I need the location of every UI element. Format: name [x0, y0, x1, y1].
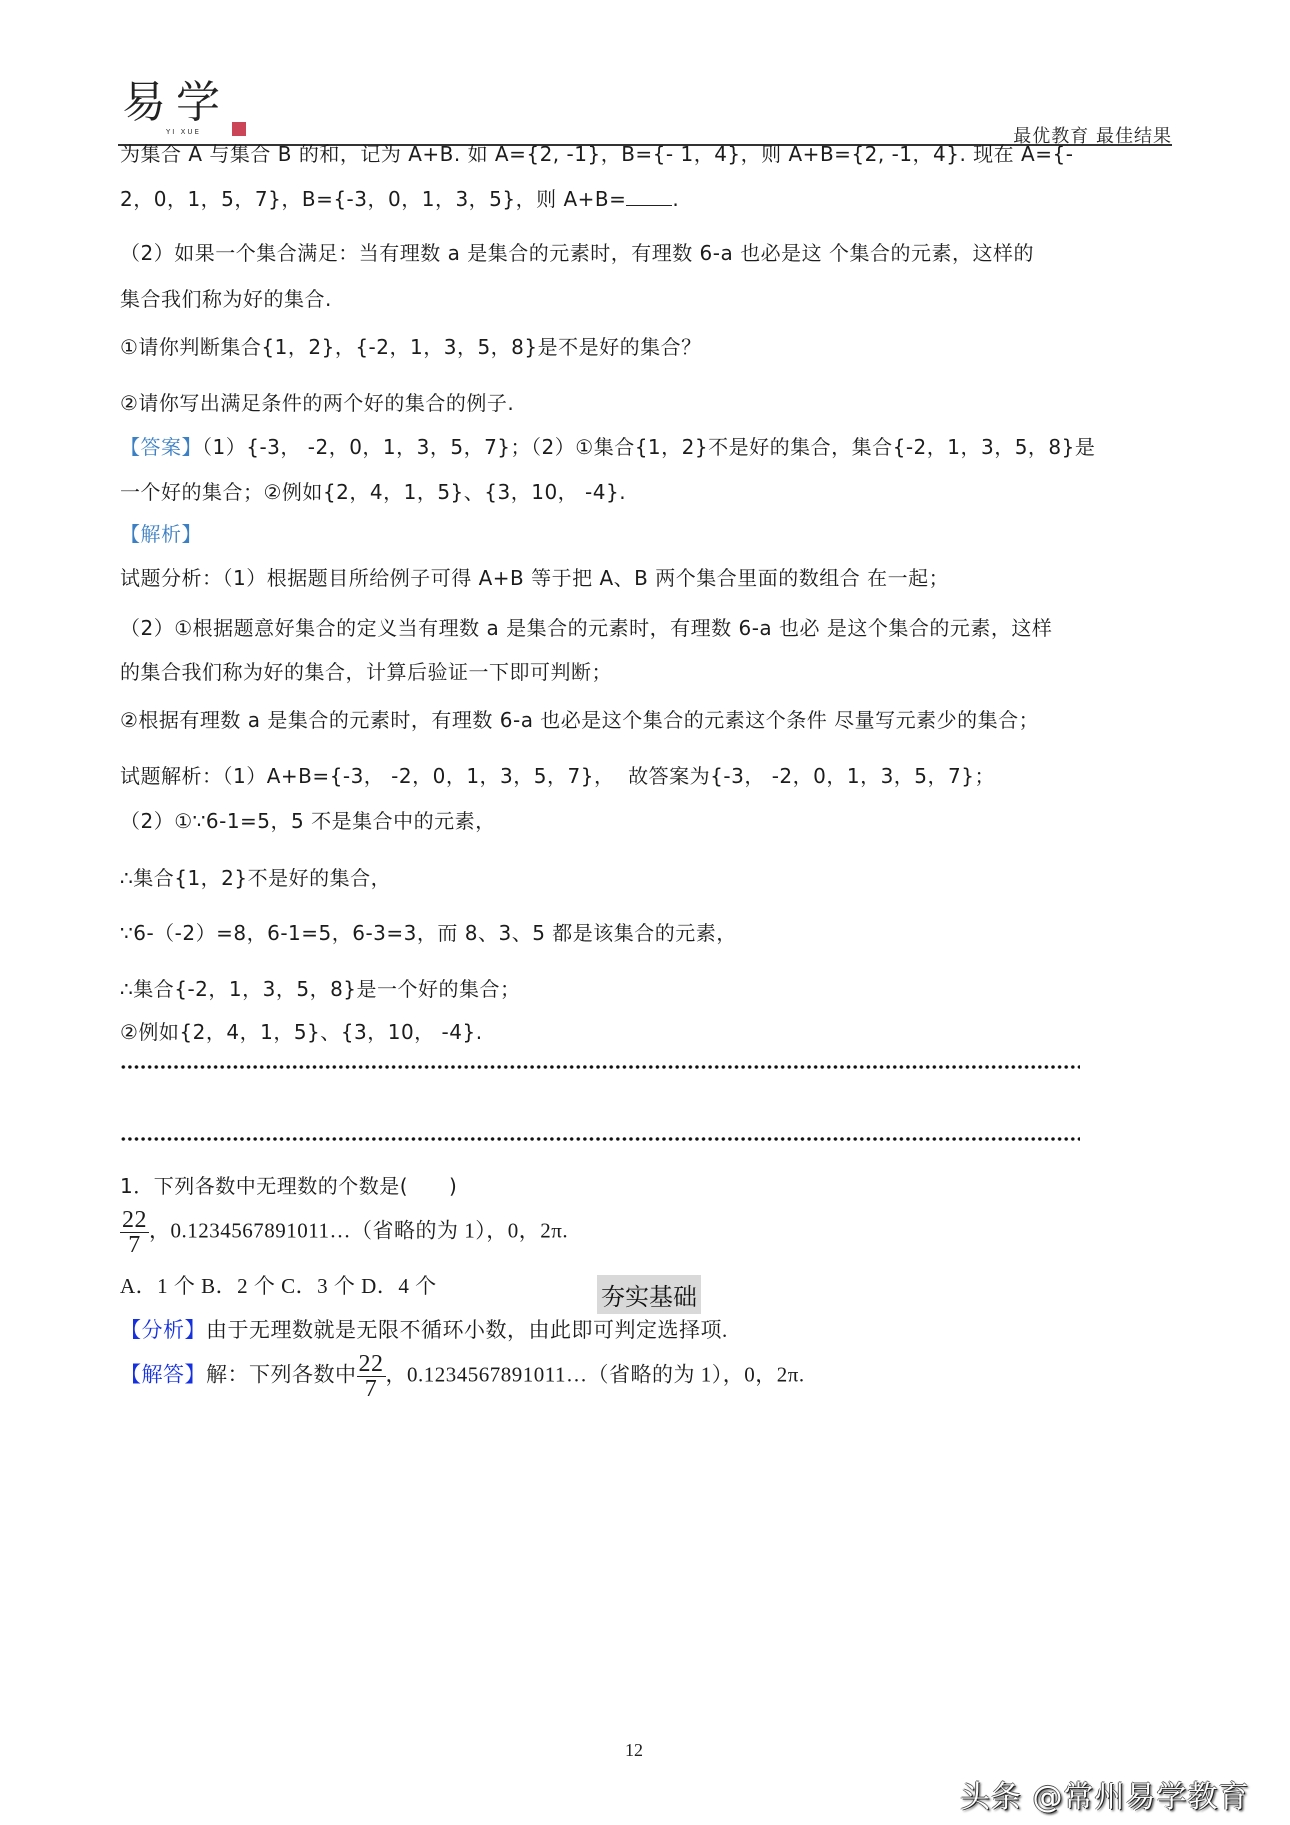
exercise-solution: 【解答】解：下列各数中227，0.1234567891011…（省略的为 1），… [120, 1352, 805, 1401]
answer-blank [626, 187, 672, 206]
solution-text: ，0.1234567891011…（省略的为 1），0，2π. [386, 1362, 805, 1386]
numbers-text: ，0.1234567891011…（省略的为 1），0，2π. [149, 1218, 568, 1242]
problem-question-2: ②请你写出满足条件的两个好的集合的例子. [120, 387, 514, 416]
exercise-analysis: 【分析】由于无理数就是无限不循环小数，由此即可判定选择项. [120, 1314, 728, 1344]
period: . [672, 187, 679, 211]
logo-text: 易学 [122, 80, 230, 126]
logo: 易学 YI XUE [122, 80, 252, 136]
analysis-line: （2）①根据题意好集合的定义当有理数 a 是集合的元素时，有理数 6-a 也必 … [120, 612, 1052, 641]
exercise-options: A．1 个 B．2 个 C．3 个 D．4 个 [120, 1270, 437, 1300]
analysis-line: 试题解析：（1）A+B={-3， -2，0，1，3，5，7}， 故答案为{-3，… [120, 760, 995, 789]
analysis-line: ②例如{2，4，1，5}、{3，10， -4}. [120, 1016, 483, 1045]
analysis-line: ∵6-（-2）=8，6-1=5，6-3=3，而 8、3、5 都是该集合的元素， [120, 917, 737, 946]
analysis-text: 由于无理数就是无限不循环小数，由此即可判定选择项. [206, 1318, 728, 1342]
analysis-line: ∴集合{-2，1，3，5，8}是一个好的集合； [120, 973, 521, 1002]
answer-label: 【答案】 [120, 435, 202, 459]
analysis-line: 试题分析：（1）根据题目所给例子可得 A+B 等于把 A、B 两个集合里面的数组… [120, 562, 949, 591]
problem-question-1: ①请你判断集合{1，2}，{-2，1，3，5，8}是不是好的集合？ [120, 331, 702, 360]
analysis-line: （2）①∵6-1=5，5 不是集合中的元素， [120, 805, 496, 834]
answer-text: （1）{-3， -2，0，1，3，5，7}；（2）①集合{1，2}不是好的集合，… [202, 435, 1095, 459]
solution-prefix: 解：下列各数中 [206, 1362, 357, 1386]
exercise-question: 1．下列各数中无理数的个数是( ) [120, 1170, 457, 1199]
fraction-numerator: 22 [120, 1208, 149, 1233]
analysis-line: 的集合我们称为好的集合，计算后验证一下即可判断； [120, 656, 612, 685]
watermark: 头条 @常州易学教育 [960, 1772, 1250, 1816]
answer-line2: 一个好的集合；②例如{2，4，1，5}、{3，10， -4}. [120, 476, 626, 505]
dotted-divider [120, 1064, 1080, 1070]
solution-tag: 【解答】 [120, 1362, 206, 1386]
dotted-divider [120, 1136, 1080, 1142]
answer-line1: 【答案】（1）{-3， -2，0，1，3，5，7}；（2）①集合{1，2}不是好… [120, 431, 1095, 460]
fraction-denominator: 7 [120, 1233, 149, 1257]
problem-part1-line2-text: 2，0，1，5，7}，B={-3，0，1，3，5}，则 A+B= [120, 187, 626, 211]
exercise-numbers: 227，0.1234567891011…（省略的为 1），0，2π. [120, 1208, 568, 1257]
problem-part2-line1: （2）如果一个集合满足：当有理数 a 是集合的元素时，有理数 6-a 也必是这 … [120, 237, 1034, 266]
analysis-line: ②根据有理数 a 是集合的元素时，有理数 6-a 也必是这个集合的元素这个条件 … [120, 704, 1039, 733]
problem-part1-line2: 2，0，1，5，7}，B={-3，0，1，3，5}，则 A+B=. [120, 183, 679, 212]
fraction: 227 [357, 1352, 386, 1401]
analysis-label: 【解析】 [120, 518, 202, 547]
section-title: 夯实基础 [597, 1275, 701, 1314]
fraction: 227 [120, 1208, 149, 1257]
page-number: 12 [625, 1740, 643, 1761]
problem-part2-line2: 集合我们称为好的集合. [120, 283, 332, 312]
analysis-tag: 【分析】 [120, 1318, 206, 1342]
problem-part1-line1: 为集合 A 与集合 B 的和，记为 A+B. 如 A={2, -1}，B={- … [120, 138, 1073, 167]
logo-subtitle: YI XUE [166, 128, 201, 136]
seal-icon [232, 122, 246, 136]
analysis-line: ∴集合{1，2}不是好的集合， [120, 862, 391, 891]
fraction-numerator: 22 [357, 1352, 386, 1377]
fraction-denominator: 7 [357, 1377, 386, 1401]
